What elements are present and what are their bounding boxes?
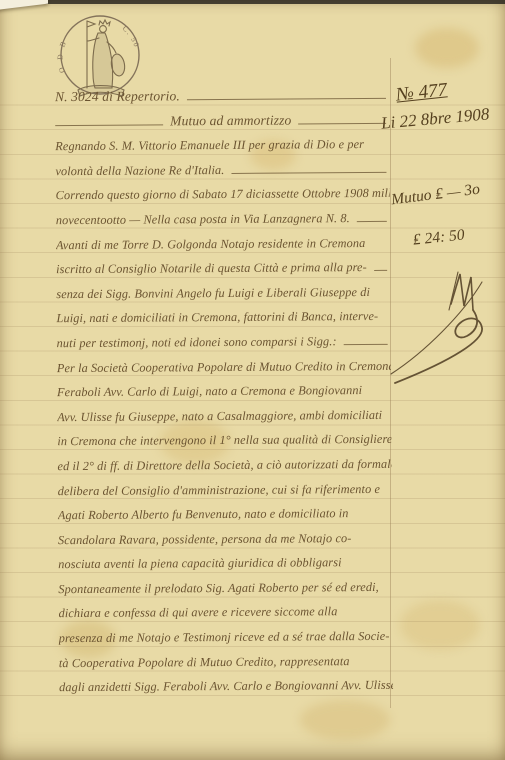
deed-line: Spontaneamente il prelodato Sig. Agati R… <box>58 575 392 602</box>
deed-line: dichiara e confessa di qui avere e ricev… <box>58 599 392 626</box>
deed-line: novecentootto — Nella casa posta in Via … <box>56 206 390 233</box>
fee-note: ₤ 24: 50 <box>412 226 465 249</box>
deed-line: presenza di me Notajo e Testimonj riceve… <box>59 624 393 651</box>
deed-line: Correndo questo giorno di Sabato 17 dici… <box>56 181 390 208</box>
protocol-number: № 477 <box>395 79 448 106</box>
ink-rule <box>357 221 387 222</box>
deed-line: nuti per testimonj, noti ed idonei sono … <box>57 329 391 356</box>
ink-rule <box>55 124 163 126</box>
page-corner-sliver <box>0 0 48 10</box>
deed-line: N. 3024 di Repertorio. <box>55 83 389 110</box>
stamp-left-label: O D B <box>55 38 68 74</box>
deed-line: Per la Società Cooperativa Popolare di M… <box>57 353 391 380</box>
ink-rule <box>187 98 386 100</box>
deed-line: volontà della Nazione Re d'Italia. <box>55 157 389 184</box>
deed-line: Feraboli Avv. Carlo di Luigi, nato a Cre… <box>57 378 391 405</box>
notary-paraph-flourish <box>383 252 505 392</box>
deed-line: tà Cooperativa Popolare di Mutuo Credito… <box>59 648 393 675</box>
registration-date: Li 22 8bre 1908 <box>380 104 490 133</box>
deed-line: Regnando S. M. Vittorio Emanuele III per… <box>55 132 389 159</box>
paper-stain <box>415 28 479 68</box>
deed-line: Luigi, nati e domiciliati in Cremona, fa… <box>56 304 390 331</box>
deed-line: iscritto al Consiglio Notarile di questa… <box>56 255 390 282</box>
deed-line-title: Mutuo ad ammortizzo <box>55 107 389 134</box>
deed-line: in Cremona che intervengono il 1° nella … <box>57 427 391 454</box>
ink-rule <box>298 122 386 124</box>
deed-line: Avanti di me Torre D. Golgonda Notajo re… <box>56 230 390 257</box>
deed-line: Scandolara Ravara, possidente, persona d… <box>58 526 392 553</box>
deed-line: dagli anzidetti Sigg. Feraboli Avv. Carl… <box>59 673 393 700</box>
manuscript-page: O D B C. 50 № 477 Li 22 8bre 1908 Mutuo … <box>0 0 505 760</box>
photo-top-edge <box>0 0 505 4</box>
paper-stain <box>300 700 390 740</box>
deed-body-text: N. 3024 di Repertorio. Mutuo ad ammortiz… <box>55 83 393 700</box>
ink-rule <box>231 172 386 174</box>
ink-rule <box>374 270 387 271</box>
deed-line: Avv. Ulisse fu Giuseppe, nato a Casalmag… <box>57 403 391 430</box>
loan-amount-note: Mutuo ₤ — 3o <box>390 181 481 210</box>
deed-line: delibera del Consiglio d'amministrazione… <box>58 476 392 503</box>
deed-line: ed il 2° di ff. di Direttore della Socie… <box>57 452 391 479</box>
deed-line: senza dei Sigg. Bonvini Angelo fu Luigi … <box>56 280 390 307</box>
deed-line: nosciuta aventi la piena capacità giurid… <box>58 550 392 577</box>
paper-stain <box>400 600 480 650</box>
ink-rule <box>344 344 388 345</box>
stamp-value-label: C. 50 <box>121 24 142 49</box>
deed-line: Agati Roberto Alberto fu Benvenuto, nato… <box>58 501 392 528</box>
